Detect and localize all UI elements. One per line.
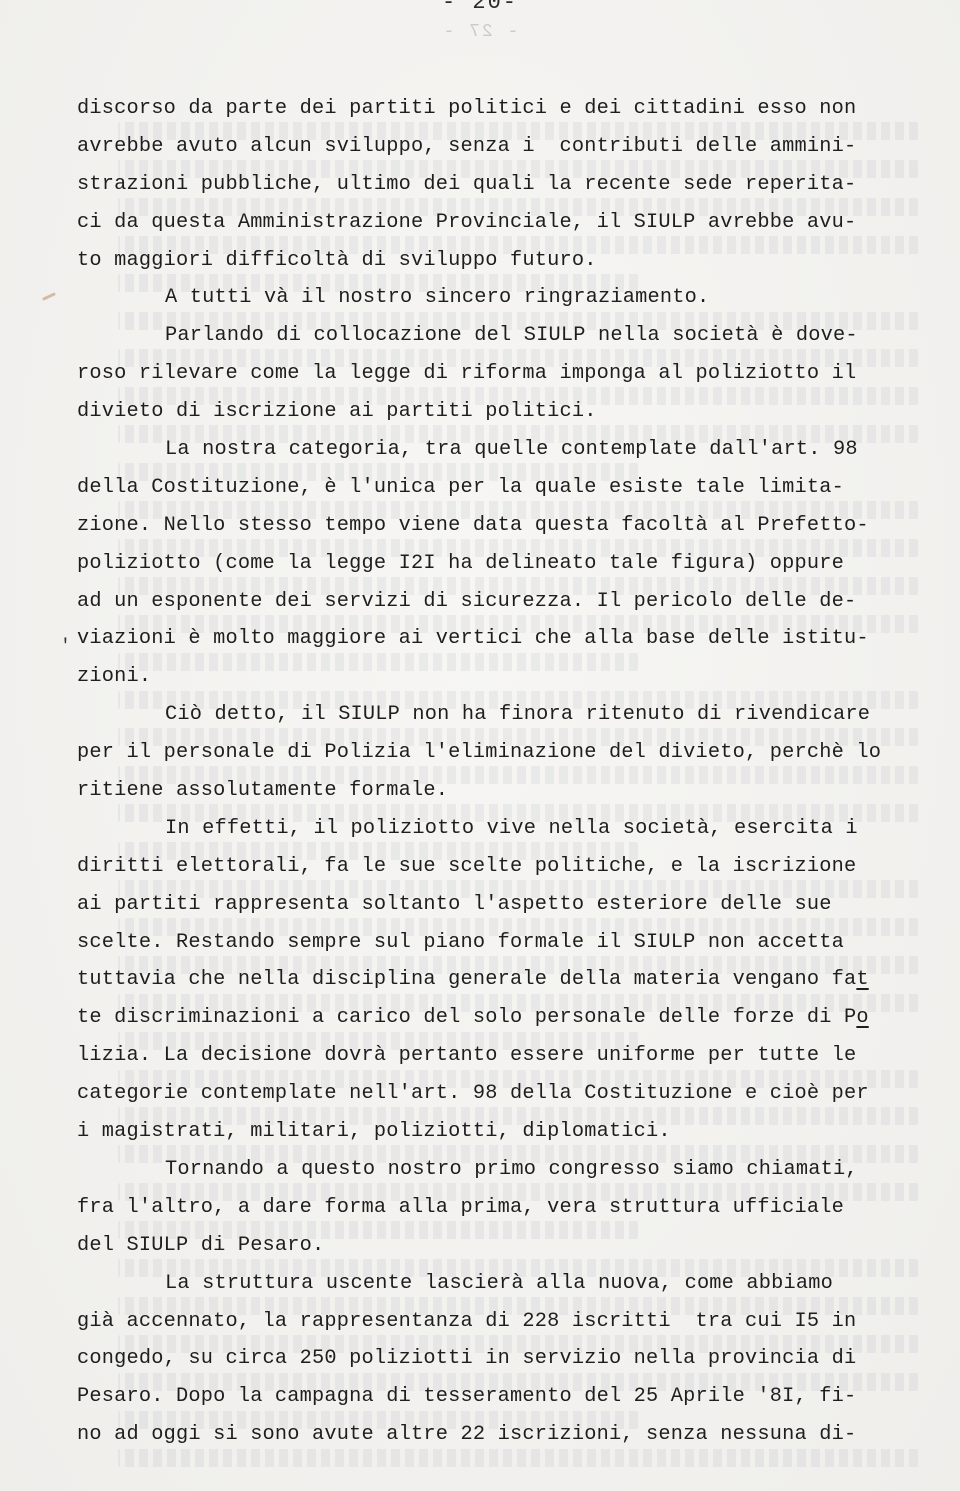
text-line: roso rilevare come la legge di riforma i…: [77, 359, 937, 397]
text-line: ci da questa Amministrazione Provinciale…: [77, 208, 937, 246]
margin-mark: ': [60, 637, 71, 657]
text-line: Tornando a questo nostro primo congresso…: [77, 1155, 937, 1193]
typewritten-body: discorso da parte dei partiti politici e…: [77, 94, 937, 1458]
text-line: discorso da parte dei partiti politici e…: [77, 94, 937, 132]
text-line: diritti elettorali, fa le sue scelte pol…: [77, 852, 937, 890]
text-line: no ad oggi si sono avute altre 22 iscriz…: [77, 1420, 937, 1458]
page-number: - 20-: [0, 0, 960, 15]
text-line: categorie contemplate nell'art. 98 della…: [77, 1079, 937, 1117]
text-line: ritiene assolutamente formale.: [77, 776, 937, 814]
text-line: congedo, su circa 250 poliziotti in serv…: [77, 1344, 937, 1382]
text-line: del SIULP di Pesaro.: [77, 1231, 937, 1269]
underlined-char: t: [856, 968, 868, 991]
text-line: avrebbe avuto alcun sviluppo, senza i co…: [77, 132, 937, 170]
text-line: della Costituzione, è l'unica per la qua…: [77, 473, 937, 511]
text-line: Ciò detto, il SIULP non ha finora ritenu…: [77, 700, 937, 738]
paper-speck: [42, 292, 56, 301]
text-line: tuttavia che nella disciplina generale d…: [77, 965, 937, 1003]
underlined-char: o: [856, 1006, 868, 1029]
text-line: A tutti và il nostro sincero ringraziame…: [77, 283, 937, 321]
text-line: La struttura uscente lascierà alla nuova…: [77, 1269, 937, 1307]
text-line: La nostra categoria, tra quelle contempl…: [77, 435, 937, 473]
text-line: divieto di iscrizione ai partiti politic…: [77, 397, 937, 435]
reverse-page-number: - 27 -: [0, 22, 960, 42]
text-line: In effetti, il poliziotto vive nella soc…: [77, 814, 937, 852]
text-line: scelte. Restando sempre sul piano formal…: [77, 928, 937, 966]
text-line: i magistrati, militari, poliziotti, dipl…: [77, 1117, 937, 1155]
text-line: zioni.: [77, 662, 937, 700]
text-line: ai partiti rappresenta soltanto l'aspett…: [77, 890, 937, 928]
text-line: zione. Nello stesso tempo viene data que…: [77, 511, 937, 549]
text-line: già accennato, la rappresentanza di 228 …: [77, 1307, 937, 1345]
text-line: ad un esponente dei servizi di sicurezza…: [77, 587, 937, 625]
text-line: fra l'altro, a dare forma alla prima, ve…: [77, 1193, 937, 1231]
text-line: Parlando di collocazione del SIULP nella…: [77, 321, 937, 359]
text-line: viazioni è molto maggiore ai vertici che…: [77, 624, 937, 662]
document-page: - 20- - 27 - ' discorso da parte dei par…: [0, 0, 960, 1491]
text-line: Pesaro. Dopo la campagna di tesseramento…: [77, 1382, 937, 1420]
text-line: te discriminazioni a carico del solo per…: [77, 1003, 937, 1041]
text-line: per il personale di Polizia l'eliminazio…: [77, 738, 937, 776]
text-line: to maggiori difficoltà di sviluppo futur…: [77, 246, 937, 284]
text-line: poliziotto (come la legge I2I ha delinea…: [77, 549, 937, 587]
text-line: strazioni pubbliche, ultimo dei quali la…: [77, 170, 937, 208]
text-line: lizia. La decisione dovrà pertanto esser…: [77, 1041, 937, 1079]
